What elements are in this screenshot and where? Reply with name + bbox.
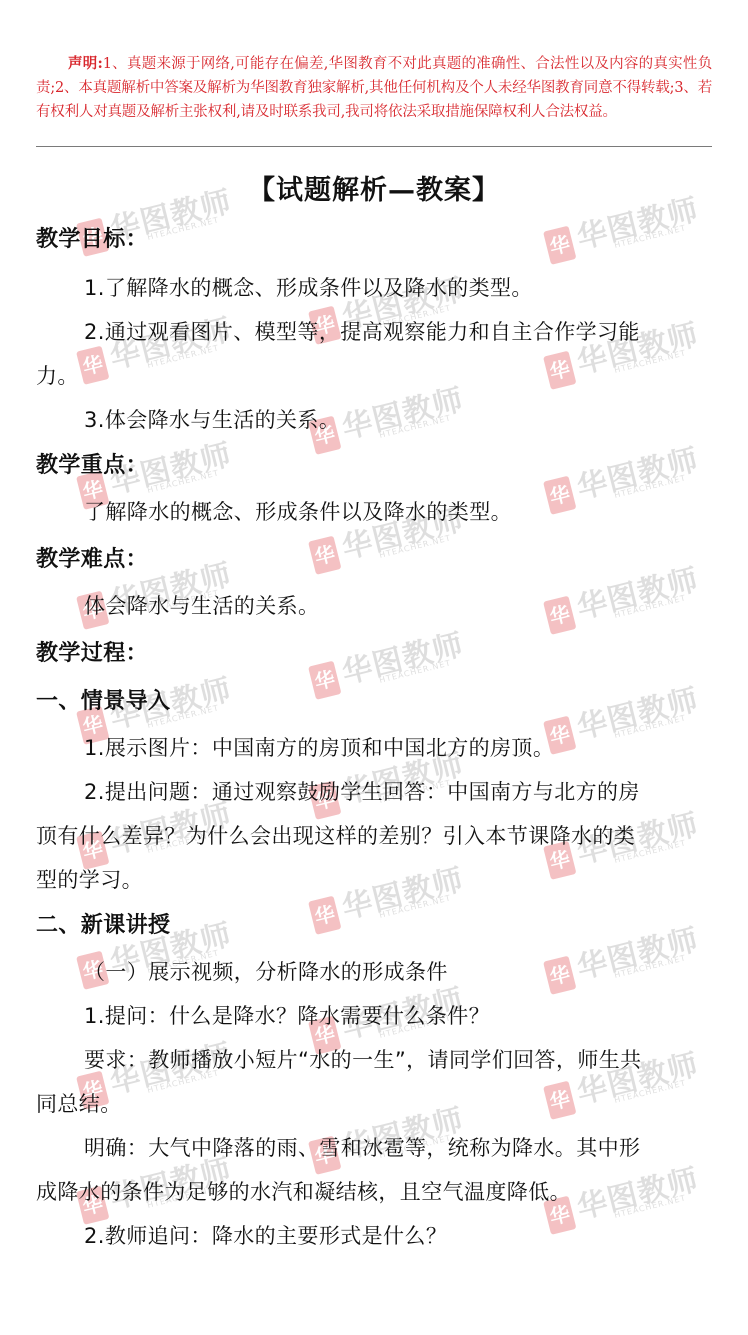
section-heading-key-points: 教学重点： <box>36 452 712 480</box>
paragraph-line: 体会降水与生活的关系。 <box>84 592 748 620</box>
disclaimer-label: 声明: <box>68 55 103 72</box>
paragraph-line: 2.提出问题：通过观察鼓励学生回答：中国南方与北方的房 <box>84 778 748 806</box>
paragraph-line: 1.提问：什么是降水？降水需要什么条件？ <box>84 1002 748 1030</box>
paragraph-line: 明确：大气中降落的雨、雪和冰雹等，统称为降水。其中形 <box>84 1134 748 1162</box>
section-heading-objectives: 教学目标： <box>36 226 712 254</box>
paragraph-line: 型的学习。 <box>36 866 712 894</box>
paragraph-line: 2.通过观看图片、模型等，提高观察能力和自主合作学习能 <box>84 318 748 346</box>
paragraph-line: 成降水的条件为足够的水汽和凝结核，且空气温度降低。 <box>36 1178 712 1206</box>
subsection-heading-intro: 一、情景导入 <box>36 688 712 716</box>
paragraph-line: 力。 <box>36 362 712 390</box>
paragraph-line: （一）展示视频，分析降水的形成条件 <box>84 958 748 986</box>
document-page: 华华图教师HTEACHER.NET 华华图教师HTEACHER.NET 华华图教… <box>0 0 748 1335</box>
paragraph-line: 1.展示图片：中国南方的房顶和中国北方的房顶。 <box>84 734 748 762</box>
paragraph-line: 1.了解降水的概念、形成条件以及降水的类型。 <box>84 274 748 302</box>
paragraph-line: 3.体会降水与生活的关系。 <box>84 406 748 434</box>
disclaimer-text: 1、真题来源于网络,可能存在偏差,华图教育不对此真题的准确性、合法性以及内容的真… <box>36 56 712 120</box>
subsection-heading-new-lesson: 二、新课讲授 <box>36 912 712 940</box>
paragraph-line: 顶有什么差异？为什么会出现这样的差别？引入本节课降水的类 <box>36 822 712 850</box>
disclaimer: 声明:1、真题来源于网络,可能存在偏差,华图教育不对此真题的准确性、合法性以及内… <box>36 52 712 124</box>
paragraph-line: 2.教师追问：降水的主要形式是什么？ <box>84 1222 748 1250</box>
paragraph-line: 要求：教师播放小短片“水的一生”，请同学们回答，师生共 <box>84 1046 748 1074</box>
page-title: 【试题解析—教案】 <box>0 168 748 207</box>
section-heading-difficulties: 教学难点： <box>36 546 712 574</box>
paragraph-line: 了解降水的概念、形成条件以及降水的类型。 <box>84 498 748 526</box>
paragraph-line: 同总结。 <box>36 1090 712 1118</box>
header-divider <box>36 146 712 147</box>
section-heading-process: 教学过程： <box>36 640 712 668</box>
